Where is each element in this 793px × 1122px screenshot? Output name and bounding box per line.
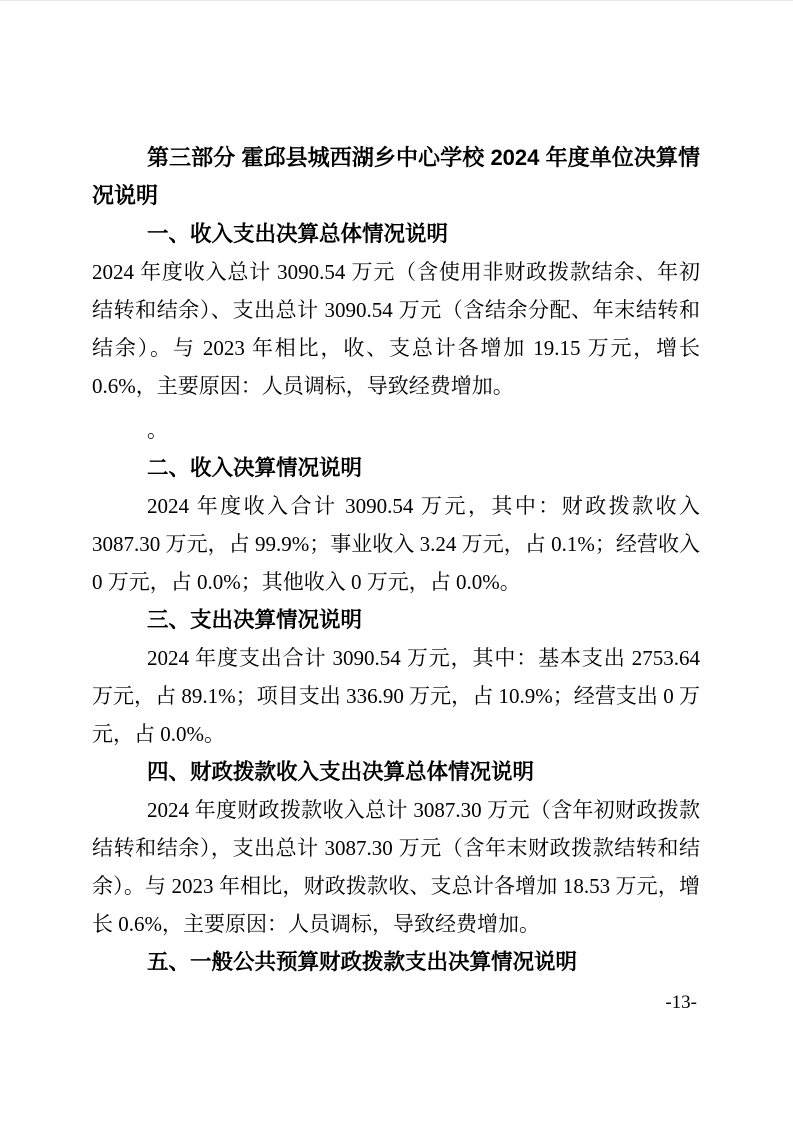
document-page: 第三部分 霍邱县城西湖乡中心学校 2024 年度单位决算情况说明 一、收入支出决… xyxy=(0,0,793,1122)
section-heading-3: 三、支出决算情况说明 xyxy=(92,601,700,639)
section-heading-4: 四、财政拨款收入支出决算总体情况说明 xyxy=(92,753,700,791)
section-4-paragraph: 2024 年度财政拨款收入总计 3087.30 万元（含年初财政拨款结转和结余）… xyxy=(92,791,700,943)
document-title: 第三部分 霍邱县城西湖乡中心学校 2024 年度单位决算情况说明 xyxy=(92,139,700,215)
section-1-paragraph: 2024 年度收入总计 3090.54 万元（含使用非财政拨款结余、年初结转和结… xyxy=(92,253,700,405)
section-heading-1: 一、收入支出决算总体情况说明 xyxy=(92,215,700,253)
section-1-stray-period: 。 xyxy=(92,411,700,449)
document-content: 第三部分 霍邱县城西湖乡中心学校 2024 年度单位决算情况说明 一、收入支出决… xyxy=(0,1,793,981)
section-heading-2: 二、收入决算情况说明 xyxy=(92,449,700,487)
section-3-paragraph: 2024 年度支出合计 3090.54 万元，其中：基本支出 2753.64 万… xyxy=(92,639,700,753)
page-number: -13- xyxy=(665,992,697,1014)
section-2-paragraph: 2024 年度收入合计 3090.54 万元，其中：财政拨款收入 3087.30… xyxy=(92,487,700,601)
section-heading-5: 五、一般公共预算财政拨款支出决算情况说明 xyxy=(92,943,700,981)
